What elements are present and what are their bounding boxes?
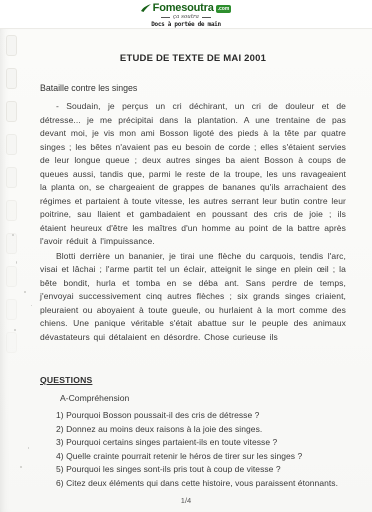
logo-tld-badge: .com	[216, 5, 232, 13]
question-item: 6) Citez deux éléments qui dans cette hi…	[56, 477, 346, 491]
paragraph-2: Blotti derrière un bananier, je tirai un…	[40, 250, 346, 345]
logo-tagline: Docs à portée de main	[151, 21, 221, 28]
perforation-strip	[6, 35, 22, 512]
perforation-hole	[6, 134, 17, 155]
questions-header: QUESTIONS	[40, 375, 346, 385]
perforation-hole	[6, 266, 17, 287]
perforation-hole	[6, 299, 17, 320]
perforation-hole	[6, 200, 17, 221]
perforation-hole	[6, 68, 17, 89]
perforation-hole	[6, 35, 17, 56]
perforation-hole	[6, 167, 17, 188]
logo-swoosh-icon	[141, 4, 151, 13]
question-list: 1) Pourquoi Bosson poussait-il des cris …	[56, 409, 346, 490]
site-header: Fomesoutra .com ça soutra Docs à portée …	[0, 2, 372, 28]
question-item: 5) Pourquoi les singes sont-ils pris tou…	[56, 463, 346, 477]
document-title: ETUDE DE TEXTE DE MAI 2001	[40, 53, 346, 64]
section-a-label: A-Compréhension	[60, 393, 346, 403]
motto-text: ça soutra	[173, 14, 199, 20]
logo-link[interactable]: Fomesoutra .com	[141, 2, 232, 14]
text-heading: Bataille contre les singes	[40, 83, 346, 93]
perforation-hole	[6, 101, 17, 122]
perforation-hole	[6, 332, 17, 353]
logo-wordmark: Fomesoutra	[153, 2, 214, 14]
perforation-hole	[6, 233, 17, 254]
question-item: 3) Pourquoi certains singes partaient-il…	[56, 436, 346, 450]
question-item: 1) Pourquoi Bosson poussait-il des cris …	[56, 409, 346, 423]
question-item: 2) Donnez au moins deux raisons à la joi…	[56, 423, 346, 437]
question-item: 4) Quelle crainte pourrait retenir le hé…	[56, 450, 346, 464]
logo-script-motto: ça soutra	[161, 14, 211, 20]
page-number: 1/4	[0, 496, 372, 505]
motto-rule-left	[161, 17, 170, 18]
paragraph-1: - Soudain, je perçus un cri déchirant, u…	[40, 100, 346, 249]
motto-rule-right	[202, 17, 211, 18]
document-content: ETUDE DE TEXTE DE MAI 2001 Bataille cont…	[40, 29, 346, 490]
scanned-document-page: ETUDE DE TEXTE DE MAI 2001 Bataille cont…	[0, 28, 372, 512]
